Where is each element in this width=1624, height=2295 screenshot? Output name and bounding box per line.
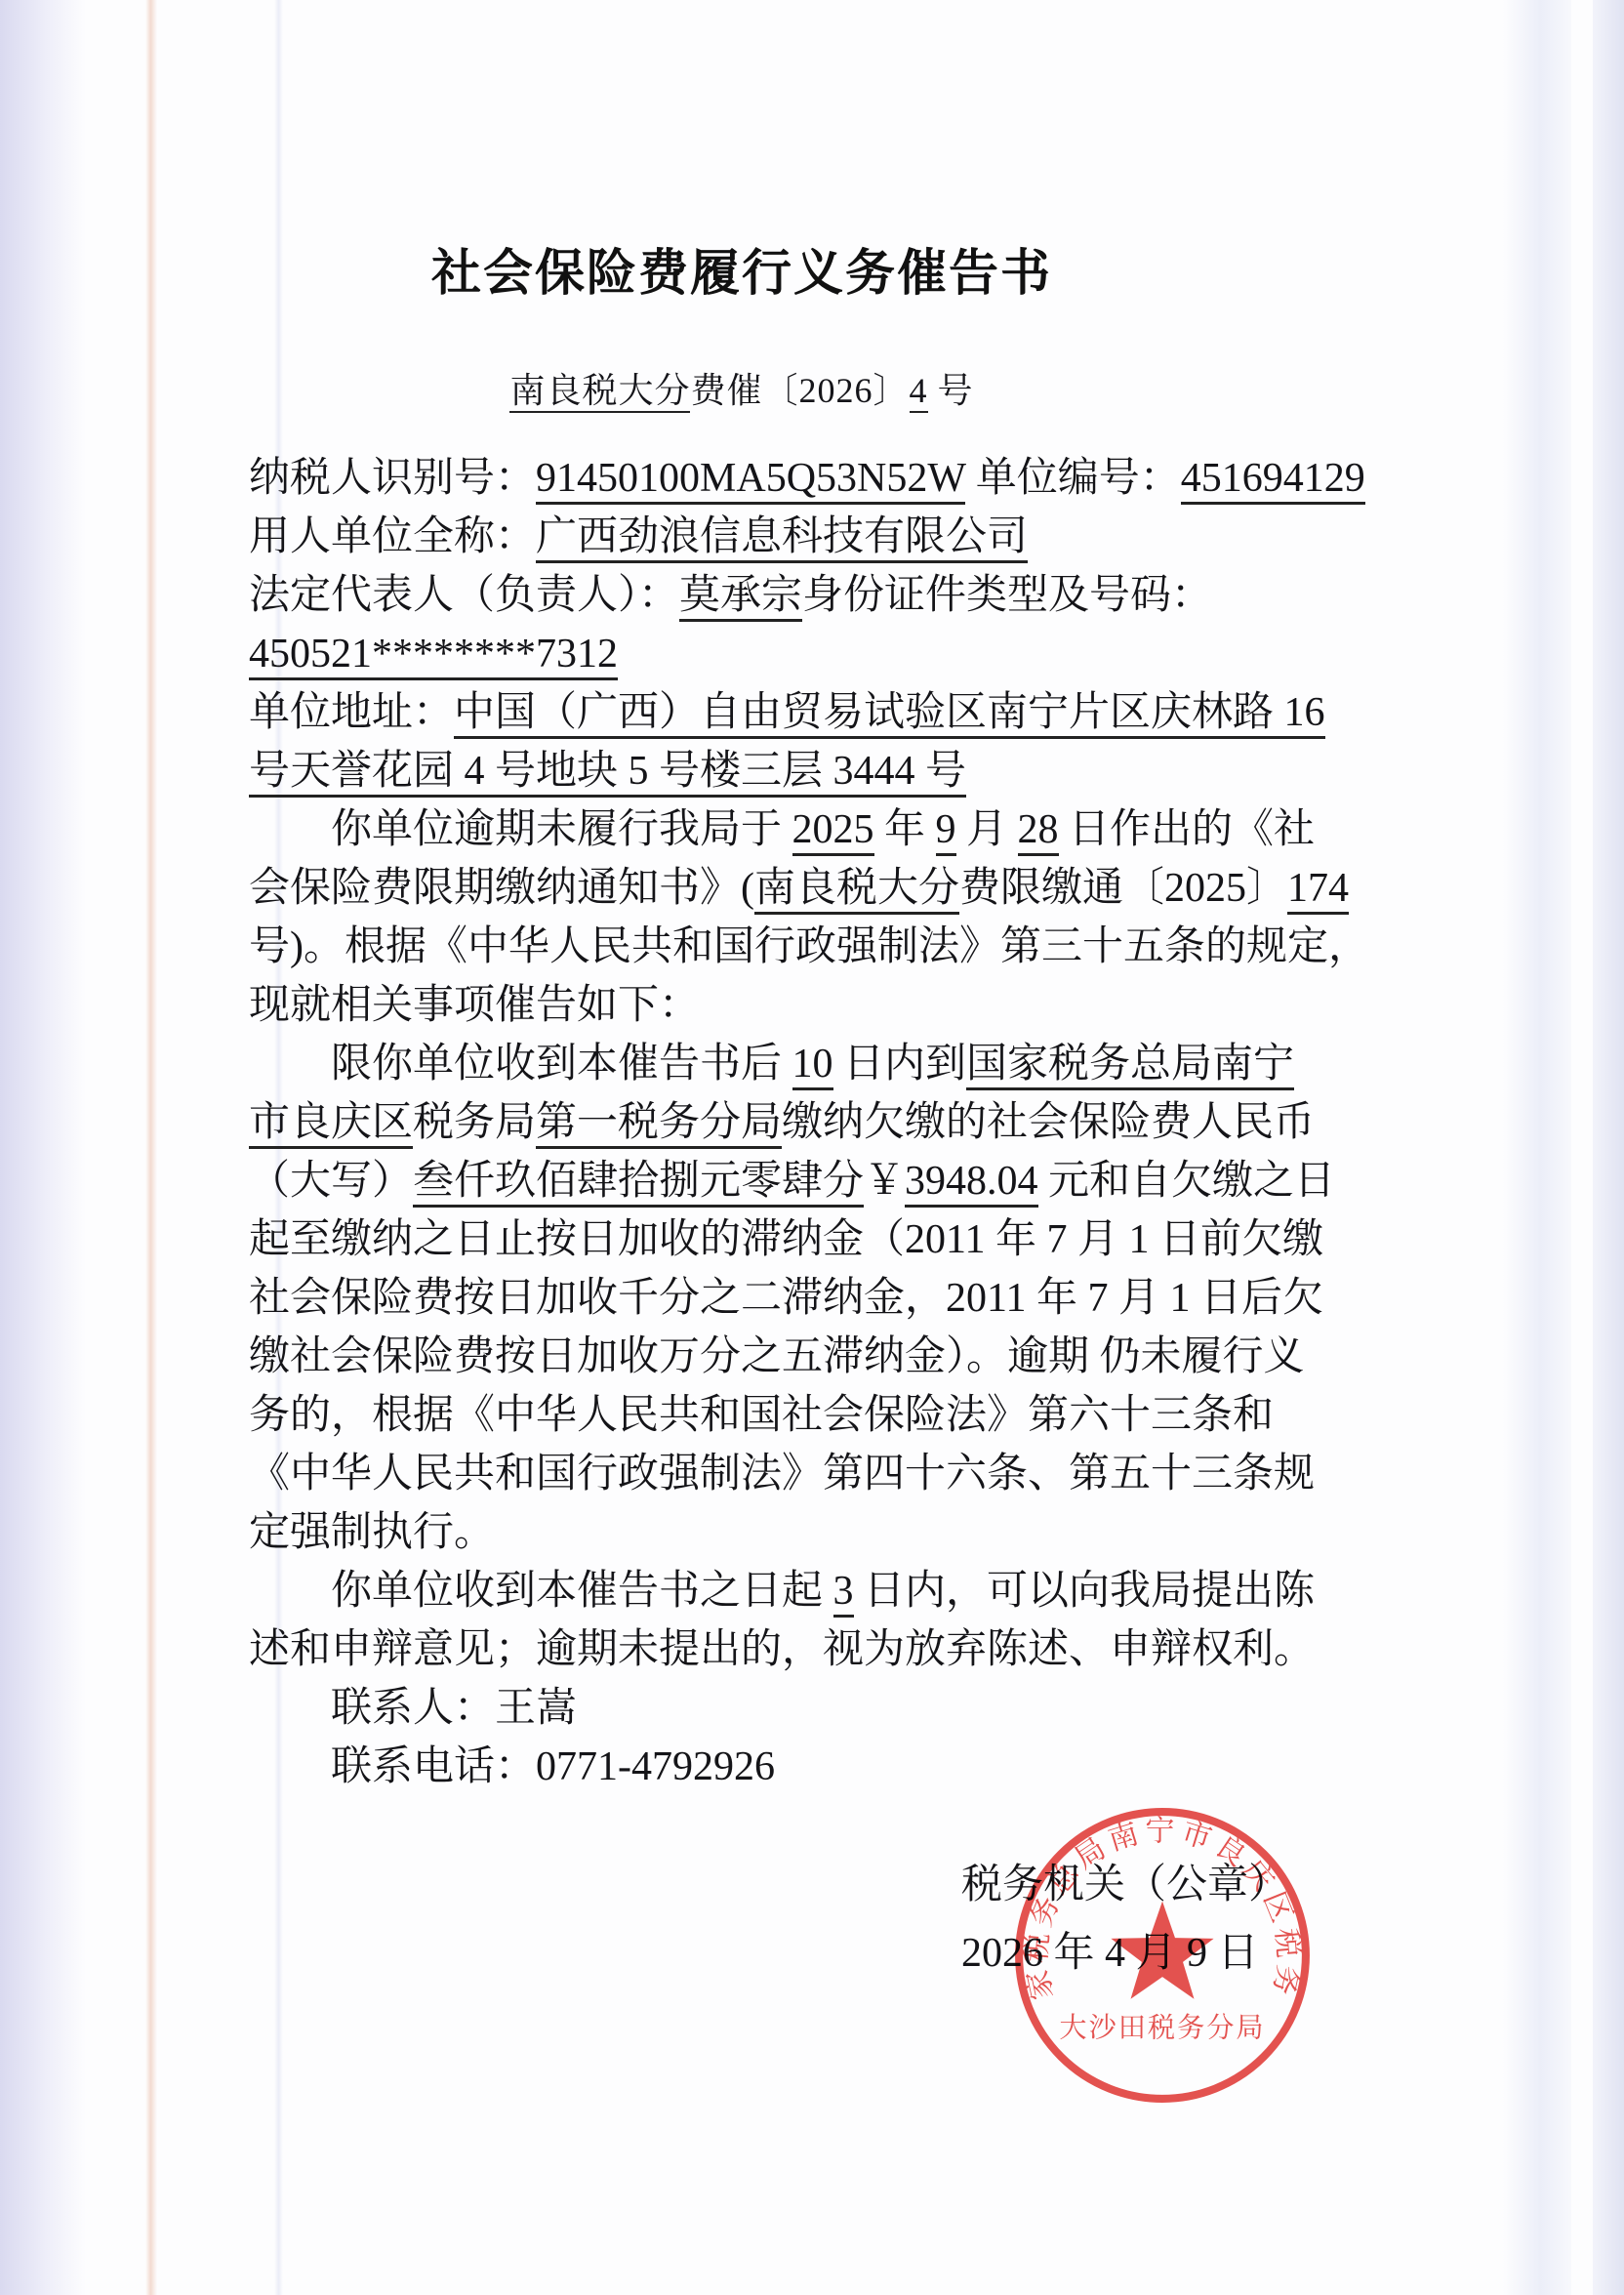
text-segment: 元和自欠缴之日 <box>1038 1159 1336 1204</box>
text-segment: 月 <box>956 807 1018 852</box>
body-line: 务的，根据《中华人民共和国社会保险法》第六十三条和 <box>249 1386 1396 1445</box>
text-segment: 用人单位全称： <box>249 514 536 559</box>
body-line: 用人单位全称：广西劲浪信息科技有限公司 <box>249 508 1396 566</box>
scan-artifact-right-band <box>1503 0 1571 2295</box>
text-segment: 日内到 <box>833 1042 967 1086</box>
filled-in-value: 3948.04 <box>905 1159 1038 1208</box>
official-seal-stamp: 国家税务总局南宁市良庆区税务局 大沙田税务分局 <box>1005 1798 1319 2112</box>
filled-in-value: 中国（广西）自由贸易试验区南宁片区庆林路 16 <box>454 690 1325 739</box>
filled-in-value: 450521********7312 <box>249 632 618 680</box>
filled-in-value: 叁仟玖佰肆拾捌元零肆分 <box>413 1159 864 1208</box>
body-line: 单位地址：中国（广西）自由贸易试验区南宁片区庆林路 16 <box>249 683 1396 742</box>
text-segment: 社会保险费按日加收千分之二滞纳金，2011 年 7 月 1 日后欠 <box>249 1276 1323 1321</box>
filled-in-value: 174 <box>1287 866 1349 915</box>
filled-in-value: 2025 <box>792 807 874 856</box>
filled-in-value: 3 <box>833 1569 854 1618</box>
text-segment: 纳税人识别号： <box>249 456 536 501</box>
text-segment: 缴社会保险费按日加收万分之五滞纳金）。逾期 仍未履行义 <box>249 1334 1305 1379</box>
text-segment: 费限缴通〔2025〕 <box>959 866 1287 911</box>
document-body-text: 纳税人识别号：91450100MA5Q53N52W 单位编号：451694129… <box>249 449 1396 1796</box>
filled-in-value: 南良税大分 <box>754 866 959 915</box>
body-line: 起至缴纳之日止按日加收的滞纳金（2011 年 7 月 1 日前欠缴 <box>249 1210 1396 1269</box>
body-line: 现就相关事项催告如下： <box>249 976 1396 1035</box>
filled-in-value: 91450100MA5Q53N52W <box>536 456 965 505</box>
scan-artifact-left-band <box>0 0 86 2295</box>
seal-star-icon <box>1111 1902 1213 1999</box>
text-segment: 日作出的《社 <box>1059 807 1316 852</box>
text-segment: 法定代表人（负责人）： <box>249 573 679 618</box>
body-line: 社会保险费按日加收千分之二滞纳金，2011 年 7 月 1 日后欠 <box>249 1269 1396 1328</box>
text-segment: 会保险费限期缴纳通知书》( <box>249 866 754 911</box>
body-line: 联系人：王嵩 <box>249 1679 1396 1738</box>
body-line: 缴社会保险费按日加收万分之五滞纳金）。逾期 仍未履行义 <box>249 1328 1396 1386</box>
filled-in-value: 国家税务总局南宁 <box>966 1042 1294 1090</box>
text-segment: （大写） <box>249 1159 413 1204</box>
body-line: 定强制执行。 <box>249 1503 1396 1562</box>
body-line: 会保险费限期缴纳通知书》(南良税大分费限缴通〔2025〕174 <box>249 859 1396 918</box>
text-segment: 缴纳欠缴的社会保险费人民币 <box>782 1100 1315 1145</box>
text-segment: 务的，根据《中华人民共和国社会保险法》第六十三条和 <box>249 1393 1274 1438</box>
text-segment: 述和申辩意见；逾期未提出的，视为放弃陈述、申辩权利。 <box>249 1627 1315 1672</box>
document-reference-number: 南良税大分费催〔2026〕4 号 <box>0 363 1483 413</box>
filled-in-value: 第一税务分局 <box>536 1100 782 1149</box>
scan-artifact-right-edge <box>1593 0 1624 2295</box>
text-segment: 税务局 <box>413 1100 536 1145</box>
scan-artifact-pink-line <box>145 0 157 2295</box>
body-line: 你单位收到本催告书之日起 3 日内，可以向我局提出陈 <box>249 1562 1396 1620</box>
body-line: 纳税人识别号：91450100MA5Q53N52W 单位编号：451694129 <box>249 449 1396 508</box>
body-line: 你单位逾期未履行我局于 2025 年 9 月 28 日作出的《社 <box>249 800 1396 859</box>
body-line: 号天誉花园 4 号地块 5 号楼三层 3444 号 <box>249 742 1396 800</box>
text-segment: 《中华人民共和国行政强制法》第四十六条、第五十三条规 <box>249 1452 1315 1496</box>
filled-in-value: 451694129 <box>1181 456 1365 505</box>
filled-in-value: 市良庆区 <box>249 1100 413 1149</box>
text-segment: 定强制执行。 <box>249 1510 495 1555</box>
text-segment: 起至缴纳之日止按日加收的滞纳金（2011 年 7 月 1 日前欠缴 <box>249 1217 1323 1262</box>
text-segment: 号 <box>928 371 974 410</box>
filled-in-value: 9 <box>936 807 956 856</box>
body-line: 市良庆区税务局第一税务分局缴纳欠缴的社会保险费人民币 <box>249 1093 1396 1152</box>
filled-in-value: 广西劲浪信息科技有限公司 <box>536 514 1028 563</box>
text-segment: 联系电话：0771-4792926 <box>331 1744 775 1789</box>
filled-in-value: 南良税大分 <box>509 371 690 413</box>
text-segment: 身份证件类型及号码： <box>802 573 1212 618</box>
body-line: 法定代表人（负责人）：莫承宗身份证件类型及号码： <box>249 566 1396 625</box>
text-segment: 限你单位收到本催告书后 <box>331 1042 792 1086</box>
body-line: 号)。根据《中华人民共和国行政强制法》第三十五条的规定， <box>249 918 1396 976</box>
filled-in-value: 4 <box>910 371 928 413</box>
text-segment: 年 <box>874 807 936 852</box>
text-segment: ￥ <box>864 1159 905 1204</box>
body-line: 联系电话：0771-4792926 <box>249 1738 1396 1796</box>
body-line: 述和申辩意见；逾期未提出的，视为放弃陈述、申辩权利。 <box>249 1620 1396 1679</box>
scanned-document-page: 社会保险费履行义务催告书 南良税大分费催〔2026〕4 号 纳税人识别号：914… <box>0 0 1624 2295</box>
body-line: 《中华人民共和国行政强制法》第四十六条、第五十三条规 <box>249 1445 1396 1503</box>
seal-bottom-text: 大沙田税务分局 <box>1059 2013 1265 2044</box>
document-title: 社会保险费履行义务催告书 <box>0 232 1483 305</box>
body-line: 限你单位收到本催告书后 10 日内到国家税务总局南宁 <box>249 1035 1396 1093</box>
body-line: （大写）叁仟玖佰肆拾捌元零肆分￥3948.04 元和自欠缴之日 <box>249 1152 1396 1210</box>
text-segment: 单位地址： <box>249 690 454 735</box>
body-line: 450521********7312 <box>249 625 1396 683</box>
text-segment: 单位编号： <box>965 456 1181 501</box>
filled-in-value: 莫承宗 <box>679 573 802 622</box>
filled-in-value: 28 <box>1018 807 1059 856</box>
text-segment: 号)。根据《中华人民共和国行政强制法》第三十五条的规定， <box>249 924 1369 969</box>
text-segment: 现就相关事项催告如下： <box>249 983 700 1028</box>
filled-in-value: 10 <box>792 1042 833 1090</box>
text-segment: 联系人：王嵩 <box>331 1686 577 1731</box>
text-segment: 你单位逾期未履行我局于 <box>331 807 792 852</box>
text-segment: 日内，可以向我局提出陈 <box>854 1569 1316 1614</box>
text-segment: 费催〔2026〕 <box>690 371 909 410</box>
text-segment: 你单位收到本催告书之日起 <box>331 1569 833 1614</box>
filled-in-value: 号天誉花园 4 号地块 5 号楼三层 3444 号 <box>249 749 966 798</box>
